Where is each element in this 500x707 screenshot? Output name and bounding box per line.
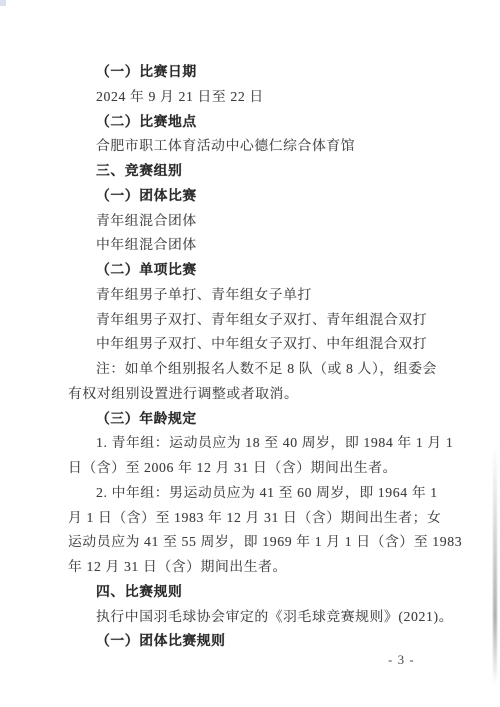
document-page: （一）比赛日期2024 年 9 月 21 日至 22 日（二）比赛地点合肥市职工… [0, 0, 500, 707]
doc-line: （二）单项比赛 [68, 258, 468, 283]
page-number: - 3 - [388, 652, 415, 668]
doc-line: 年 12 月 31 日（含）期间出生者。 [68, 555, 468, 580]
doc-line: 2. 中年组：男运动员应为 41 至 60 周岁，即 1964 年 1 [68, 481, 468, 506]
doc-line: 执行中国羽毛球协会审定的《羽毛球竞赛规则》(2021)。 [68, 605, 468, 630]
document-text-block: （一）比赛日期2024 年 9 月 21 日至 22 日（二）比赛地点合肥市职工… [68, 60, 468, 654]
doc-line: 合肥市职工体育活动中心德仁综合体育馆 [68, 134, 468, 159]
doc-line: 中年组混合团体 [68, 233, 468, 258]
doc-line: 日（含）至 2006 年 12 月 31 日（含）期间出生者。 [68, 456, 468, 481]
scan-corner-artifact [0, 0, 6, 6]
scan-edge-shadow [493, 445, 497, 685]
doc-line: （一）团体比赛 [68, 184, 468, 209]
doc-line: 运动员应为 41 至 55 周岁，即 1969 年 1 月 1 日（含）至 19… [68, 530, 468, 555]
doc-line: （二）比赛地点 [68, 110, 468, 135]
doc-line: 青年组男子单打、青年组女子单打 [68, 283, 468, 308]
doc-line: 注：如单个组别报名人数不足 8 队（或 8 人），组委会 [68, 357, 468, 382]
doc-line: 月 1 日（含）至 1983 年 12 月 31 日（含）期间出生者；女 [68, 506, 468, 531]
doc-line: 有权对组别设置进行调整或者取消。 [68, 382, 468, 407]
doc-line: （一）比赛日期 [68, 60, 468, 85]
doc-line: 1. 青年组：运动员应为 18 至 40 周岁，即 1984 年 1 月 1 [68, 431, 468, 456]
doc-line: 中年组男子双打、中年组女子双打、中年组混合双打 [68, 332, 468, 357]
doc-line: 2024 年 9 月 21 日至 22 日 [68, 85, 468, 110]
doc-line: 青年组混合团体 [68, 209, 468, 234]
doc-line: 三、竞赛组别 [68, 159, 468, 184]
doc-line: 四、比赛规则 [68, 580, 468, 605]
doc-line: 青年组男子双打、青年组女子双打、青年组混合双打 [68, 308, 468, 333]
doc-line: （三）年龄规定 [68, 407, 468, 432]
doc-line: （一）团体比赛规则 [68, 629, 468, 654]
